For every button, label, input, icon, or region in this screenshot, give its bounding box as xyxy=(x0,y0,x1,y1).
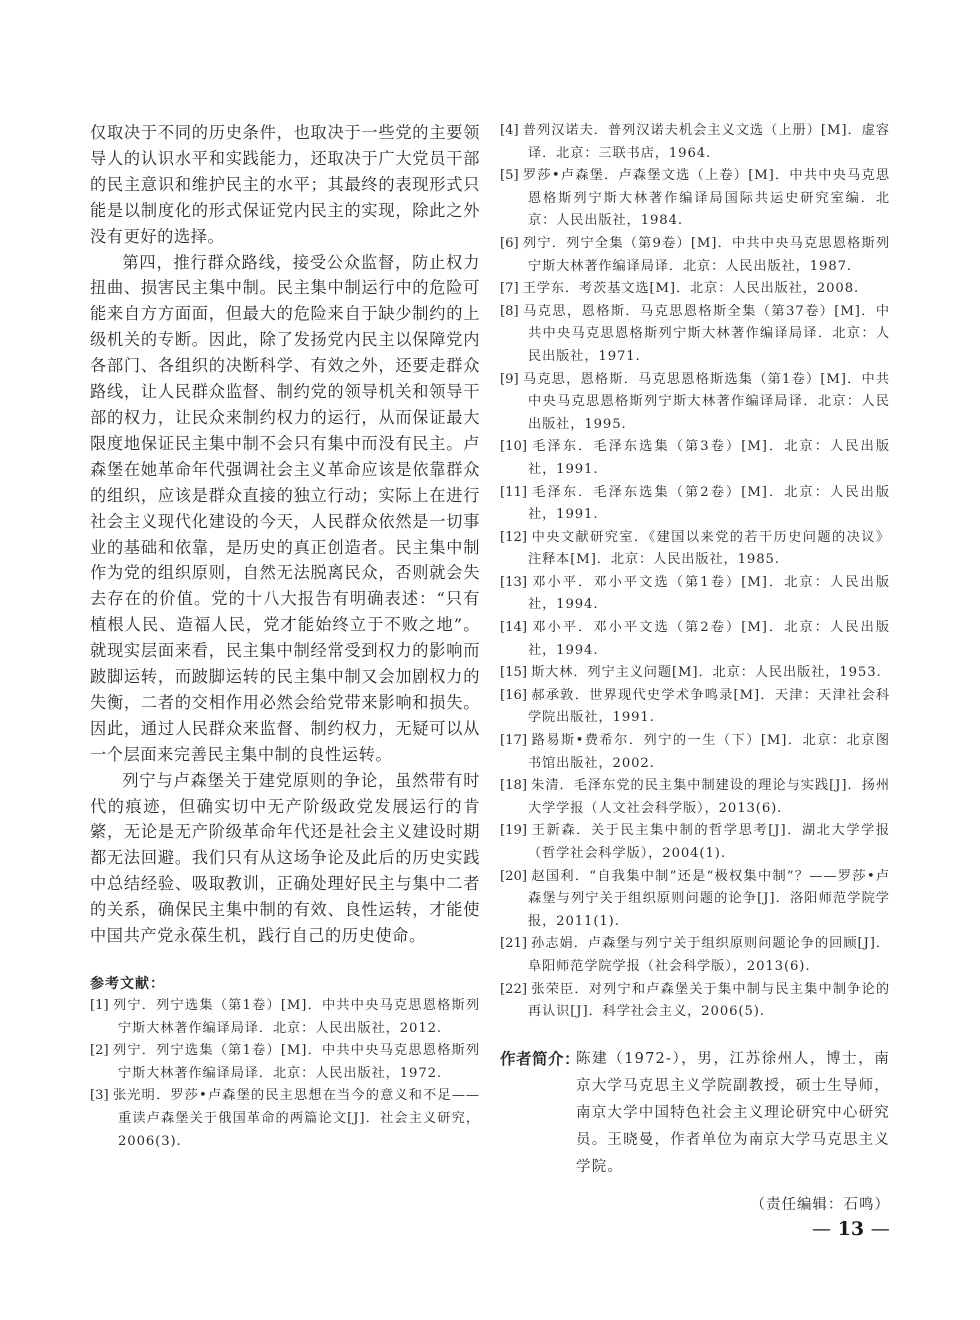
reference-text: 孙志娟．卢森堡与列宁关于组织原则问题论争的回顾[J]．阜阳师范学院学报（社会科学… xyxy=(528,936,890,974)
reference-21: [21]孙志娟．卢森堡与列宁关于组织原则问题论争的回顾[J]．阜阳师范学院学报（… xyxy=(500,933,890,978)
reference-14: [14]邓小平．邓小平文选（第2卷）[M]．北京：人民出版社，1994. xyxy=(500,617,890,662)
reference-text: 中央文献研究室．《建国以来党的若干历史问题的决议》注释本[M]．北京：人民出版社… xyxy=(528,530,890,568)
reference-number: [2] xyxy=(90,1043,109,1058)
reference-8: [8]马克思，恩格斯．马克思恩格斯全集（第37卷）[M]．中共中央马克思恩格斯列… xyxy=(500,301,890,369)
reference-1: [1]列宁．列宁选集（第1卷）[M]．中共中央马克思恩格斯列宁斯大林著作编译局译… xyxy=(90,995,480,1040)
reference-text: 列宁．列宁全集（第9卷）[M]．中共中央马克思恩格斯列宁斯大林著作编译局译．北京… xyxy=(523,236,890,274)
reference-text: 斯大林．列宁主义问题[M]．北京：人民出版社，1953. xyxy=(531,665,882,680)
reference-number: [1] xyxy=(90,998,109,1013)
page-number: — 13 — xyxy=(812,1218,890,1240)
reference-9: [9]马克思，恩格斯．马克思恩格斯选集（第1卷）[M]．中共中央马克思恩格斯列宁… xyxy=(500,369,890,437)
reference-number: [4] xyxy=(500,123,519,138)
reference-text: 王新森．关于民主集中制的哲学思考[J]．湖北大学学报（哲学社会科学版），2004… xyxy=(528,823,890,861)
reference-text: 朱清．毛泽东党的民主集中制建设的理论与实践[J]．扬州大学学报（人文社会科学版）… xyxy=(528,778,890,816)
reference-6: [6]列宁．列宁全集（第9卷）[M]．中共中央马克思恩格斯列宁斯大林著作编译局译… xyxy=(500,233,890,278)
page-number-dash-left: — xyxy=(812,1218,831,1240)
reference-text: 路易斯•费希尔．列宁的一生（下）[M]．北京：北京图书馆出版社，2002. xyxy=(528,733,890,771)
reference-7: [7]王学东．考茨基文选[M]．北京：人民出版社，2008. xyxy=(500,278,890,301)
reference-number: [22] xyxy=(500,982,527,997)
reference-number: [17] xyxy=(500,733,527,748)
reference-text: 张荣臣．对列宁和卢森堡关于集中制与民主集中制争论的再认识[J]．科学社会主义，2… xyxy=(528,982,890,1020)
page-number-dash-right: — xyxy=(871,1218,890,1240)
reference-text: 王学东．考茨基文选[M]．北京：人民出版社，2008. xyxy=(523,281,859,296)
reference-number: [13] xyxy=(500,575,527,590)
right-column: [4]普列汉诺夫．普列汉诺夫机会主义文选（上册）[M]．虚容译．北京：三联书店，… xyxy=(500,120,890,1214)
reference-number: [16] xyxy=(500,688,527,703)
author-bio: 作者简介： 陈建（1972-），男，江苏徐州人，博士，南京大学马克思主义学院副教… xyxy=(500,1046,890,1181)
body-paragraph-1: 仅取决于不同的历史条件，也取决于一些党的主要领导人的认识水平和实践能力，还取决于… xyxy=(90,120,480,250)
reference-number: [6] xyxy=(500,236,519,251)
author-bio-label: 作者简介： xyxy=(500,1046,580,1073)
reference-15: [15]斯大林．列宁主义问题[M]．北京：人民出版社，1953. xyxy=(500,662,890,685)
reference-text: 毛泽东．毛泽东选集（第3卷）[M]．北京：人民出版社，1991. xyxy=(528,439,890,477)
page-number-value: 13 xyxy=(838,1218,864,1240)
reference-number: [20] xyxy=(500,869,527,884)
reference-20: [20]赵国利．“自我集中制”还是“极权集中制”？——罗莎•卢森堡与列宁关于组织… xyxy=(500,866,890,934)
reference-10: [10]毛泽东．毛泽东选集（第3卷）[M]．北京：人民出版社，1991. xyxy=(500,436,890,481)
reference-number: [3] xyxy=(90,1088,109,1103)
reference-5: [5]罗莎•卢森堡．卢森堡文选（上卷）[M]．中共中央马克思恩格斯列宁斯大林著作… xyxy=(500,165,890,233)
reference-text: 邓小平．邓小平文选（第1卷）[M]．北京：人民出版社，1994. xyxy=(528,575,890,613)
reference-17: [17]路易斯•费希尔．列宁的一生（下）[M]．北京：北京图书馆出版社，2002… xyxy=(500,730,890,775)
reference-12: [12]中央文献研究室．《建国以来党的若干历史问题的决议》注释本[M]．北京：人… xyxy=(500,527,890,572)
body-paragraph-3: 列宁与卢森堡关于建党原则的争论，虽然带有时代的痕迹，但确实切中无产阶级政党发展运… xyxy=(90,768,480,949)
reference-number: [8] xyxy=(500,304,519,319)
reference-16: [16]郝承敦．世界现代史学术争鸣录[M]．天津：天津社会科学院出版社，1991… xyxy=(500,685,890,730)
reference-13: [13]邓小平．邓小平文选（第1卷）[M]．北京：人民出版社，1994. xyxy=(500,572,890,617)
reference-number: [18] xyxy=(500,778,527,793)
reference-number: [7] xyxy=(500,281,519,296)
reference-number: [12] xyxy=(500,530,527,545)
reference-4: [4]普列汉诺夫．普列汉诺夫机会主义文选（上册）[M]．虚容译．北京：三联书店，… xyxy=(500,120,890,165)
reference-3: [3]张光明．罗莎•卢森堡的民主思想在当今的意义和不足——重读卢森堡关于俄国革命… xyxy=(90,1085,480,1153)
reference-19: [19]王新森．关于民主集中制的哲学思考[J]．湖北大学学报（哲学社会科学版），… xyxy=(500,820,890,865)
left-column: 仅取决于不同的历史条件，也取决于一些党的主要领导人的认识水平和实践能力，还取决于… xyxy=(90,120,480,1153)
reference-text: 罗莎•卢森堡．卢森堡文选（上卷）[M]．中共中央马克思恩格斯列宁斯大林著作编译局… xyxy=(523,168,890,228)
reference-18: [18]朱清．毛泽东党的民主集中制建设的理论与实践[J]．扬州大学学报（人文社会… xyxy=(500,775,890,820)
reference-number: [10] xyxy=(500,439,527,454)
reference-text: 邓小平．邓小平文选（第2卷）[M]．北京：人民出版社，1994. xyxy=(528,620,890,658)
reference-22: [22]张荣臣．对列宁和卢森堡关于集中制与民主集中制争论的再认识[J]．科学社会… xyxy=(500,979,890,1024)
reference-number: [19] xyxy=(500,823,527,838)
reference-number: [14] xyxy=(500,620,527,635)
reference-11: [11]毛泽东．毛泽东选集（第2卷）[M]．北京：人民出版社，1991. xyxy=(500,482,890,527)
reference-text: 赵国利．“自我集中制”还是“极权集中制”？——罗莎•卢森堡与列宁关于组织原则问题… xyxy=(528,869,890,929)
reference-number: [9] xyxy=(500,372,519,387)
responsible-editor: （责任编辑：石鸣） xyxy=(500,1193,890,1214)
reference-text: 列宁．列宁选集（第1卷）[M]．中共中央马克思恩格斯列宁斯大林著作编译局译．北京… xyxy=(113,1043,480,1081)
body-paragraph-2: 第四，推行群众路线，接受公众监督，防止权力扭曲、损害民主集中制。民主集中制运行中… xyxy=(90,250,480,768)
reference-number: [15] xyxy=(500,665,527,680)
reference-text: 普列汉诺夫．普列汉诺夫机会主义文选（上册）[M]．虚容译．北京：三联书店，196… xyxy=(523,123,890,161)
reference-number: [11] xyxy=(500,485,527,500)
reference-2: [2]列宁．列宁选集（第1卷）[M]．中共中央马克思恩格斯列宁斯大林著作编译局译… xyxy=(90,1040,480,1085)
reference-text: 张光明．罗莎•卢森堡的民主思想在当今的意义和不足——重读卢森堡关于俄国革命的两篇… xyxy=(113,1088,480,1148)
references-title: 参考文献： xyxy=(90,973,480,993)
reference-text: 郝承敦．世界现代史学术争鸣录[M]．天津：天津社会科学院出版社，1991. xyxy=(528,688,890,726)
reference-number: [21] xyxy=(500,936,527,951)
reference-text: 列宁．列宁选集（第1卷）[M]．中共中央马克思恩格斯列宁斯大林著作编译局译．北京… xyxy=(113,998,480,1036)
reference-text: 马克思，恩格斯．马克思恩格斯选集（第1卷）[M]．中共中央马克思恩格斯列宁斯大林… xyxy=(523,372,890,432)
reference-text: 毛泽东．毛泽东选集（第2卷）[M]．北京：人民出版社，1991. xyxy=(528,485,890,523)
reference-text: 马克思，恩格斯．马克思恩格斯全集（第37卷）[M]．中共中央马克思恩格斯列宁斯大… xyxy=(523,304,890,364)
reference-number: [5] xyxy=(500,168,519,183)
